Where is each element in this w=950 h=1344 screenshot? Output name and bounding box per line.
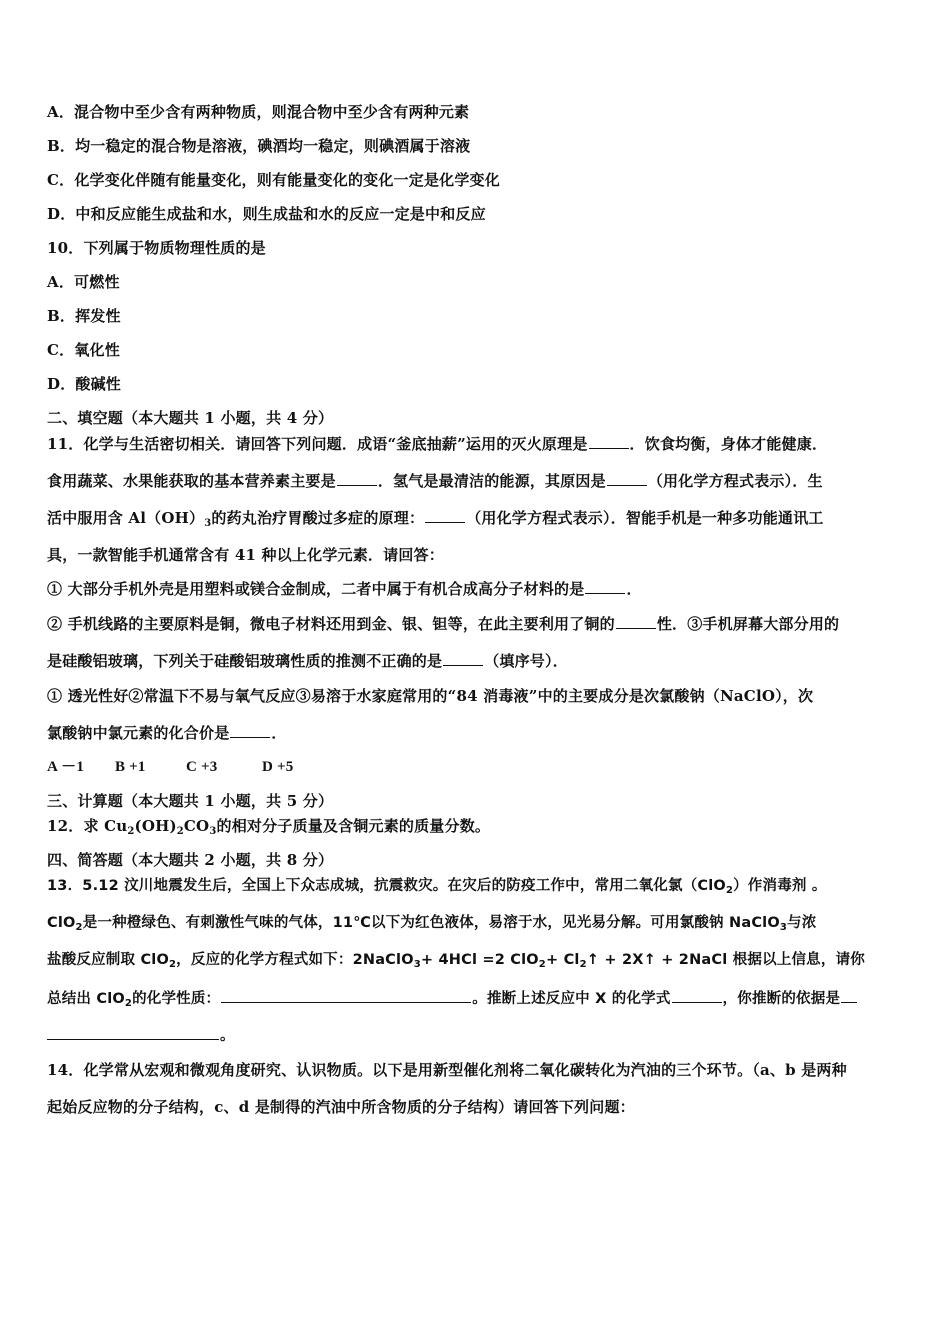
q13-line-3: 盐酸反应制取 ClO2，反应的化学方程式如下：2NaClO3+ 4HCl =2 … (47, 950, 906, 970)
q11-text: ． (626, 580, 641, 598)
answer-blank (337, 471, 377, 486)
subscript: 2 (580, 959, 587, 970)
q10-option-a: A．可燃性 (47, 272, 906, 292)
answer-blank (616, 614, 656, 629)
q14-line-1: 14．化学常从宏观和微观角度研究、认识物质。以下是用新型催化剂将二氧化碳转化为汽… (47, 1060, 906, 1080)
q9-option-d: D．中和反应能生成盐和水，则生成盐和水的反应一定是中和反应 (47, 204, 906, 224)
q11-line-3: 活中服用含 Al（OH）3的药丸治疗胃酸过多症的原理：（用化学方程式表示）．智能… (47, 508, 906, 528)
q11-text: 性．③手机屏幕大部分用的 (657, 615, 839, 633)
q13-text: 。推断上述反应中 X 的化学式 (472, 991, 670, 1007)
answer-blank (230, 723, 270, 738)
q11-text: （用化学方程式表示）．生 (648, 472, 823, 490)
q11-line-4: 具，一款智能手机通常含有 41 种以上化学元素．请回答： (47, 545, 906, 565)
q13-text: + 4HCl =2 ClO (421, 952, 539, 968)
q13-text: 总结出 ClO (47, 991, 125, 1007)
answer-blank (841, 988, 857, 1003)
section-3-title: 三、计算题（本大题共 1 小题，共 5 分） (47, 791, 906, 811)
q11-line-7: 是硅酸铝玻璃，下列关于硅酸铝玻璃性质的推测不正确的是（填序号）． (47, 651, 906, 671)
q13-text: 。 (220, 1028, 235, 1044)
q12-text: 的相对分子质量及含铜元素的质量分数。 (217, 817, 491, 835)
choice-a: A －1 (47, 757, 115, 777)
q11-text: ② 手机线路的主要原料是铜，微电子材料还用到金、银、钽等，在此主要利用了铜的 (47, 615, 615, 633)
q10-stem: 10．下列属于物质物理性质的是 (47, 238, 906, 258)
q13-line-4: 总结出 ClO2的化学性质：。推断上述反应中 X 的化学式，你推断的依据是 (47, 988, 906, 1009)
q11-text: 的药丸治疗胃酸过多症的原理： (211, 509, 424, 527)
answer-blank (585, 579, 625, 594)
exam-page: A．混合物中至少含有两种物质，则混合物中至少含有两种元素 B．均一稳定的混合物是… (0, 0, 950, 1344)
q11-text: ． (271, 724, 286, 742)
q13-text: ）作消毒剂 。 (733, 878, 826, 894)
section-4-title: 四、简答题（本大题共 2 小题，共 8 分） (47, 850, 906, 870)
q12-stem: 12．求 Cu2(OH)2CO3的相对分子质量及含铜元素的质量分数。 (47, 816, 906, 836)
answer-blank (607, 471, 647, 486)
choice-d: D +5 (262, 757, 293, 777)
section-2-title: 二、填空题（本大题共 1 小题，共 4 分） (47, 408, 906, 428)
q13-text: 盐酸反应制取 ClO (47, 952, 169, 968)
subscript: 2 (177, 826, 184, 837)
choice-b: B +1 (115, 757, 186, 777)
answer-blank (443, 651, 483, 666)
q11-text: 活中服用含 Al（OH） (47, 509, 204, 527)
q11-text: 氯酸钠中氯元素的化合价是 (47, 724, 229, 742)
subscript: 3 (414, 959, 421, 970)
answer-blank (47, 1025, 219, 1040)
q10-option-d: D．酸碱性 (47, 374, 906, 394)
q13-text: ClO (47, 915, 76, 931)
q11-text: 11．化学与生活密切相关．请回答下列问题．成语“釜底抽薪”运用的灭火原理是 (47, 435, 588, 453)
q11-text: ．饮食均衡，身体才能健康． (630, 435, 828, 453)
subscript: 3 (209, 826, 216, 837)
q12-text: 12．求 Cu (47, 817, 127, 835)
answer-blank (221, 988, 471, 1003)
q11-line-2: 食用蔬菜、水果能获取的基本营养素主要是．氢气是最清洁的能源，其原因是（用化学方程… (47, 471, 906, 491)
q12-text: CO (184, 817, 209, 835)
subscript: 2 (76, 922, 83, 933)
q13-text: ↑ + 2X↑ + 2NaCl 根据以上信息，请你 (587, 952, 865, 968)
q10-option-c: C．氧化性 (47, 340, 906, 360)
q13-text: 的化学性质： (132, 991, 220, 1007)
q12-text: (OH) (135, 817, 177, 835)
answer-blank (425, 508, 465, 523)
choice-c: C +3 (186, 757, 262, 777)
q11-text: ① 大部分手机外壳是用塑料或镁合金制成，二者中属于有机合成高分子材料的是 (47, 580, 584, 598)
q13-text: 是一种橙绿色、有刺激性气味的气体，11℃以下为红色液体，易溶于水，见光易分解。可… (83, 915, 780, 931)
q11-text: ．氢气是最清洁的能源，其原因是 (378, 472, 606, 490)
q13-line-1: 13．5.12 汶川地震发生后，全国上下众志成城，抗震救灾。在灾后的防疫工作中，… (47, 876, 906, 896)
q11-line-1: 11．化学与生活密切相关．请回答下列问题．成语“釜底抽薪”运用的灭火原理是．饮食… (47, 434, 906, 454)
q9-option-c: C．化学变化伴随有能量变化，则有能量变化的变化一定是化学变化 (47, 170, 906, 190)
q11-text: （填序号）． (484, 652, 568, 670)
q11-line-8: ① 透光性好②常温下不易与氧气反应③易溶于水家庭常用的“84 消毒液”中的主要成… (47, 686, 906, 706)
q13-line-2: ClO2是一种橙绿色、有刺激性气味的气体，11℃以下为红色液体，易溶于水，见光易… (47, 913, 906, 933)
subscript: 2 (125, 998, 132, 1009)
q11-text: （用化学方程式表示）．智能手机是一种多功能通讯工 (466, 509, 823, 527)
subscript: 3 (780, 922, 787, 933)
q11-line-6: ② 手机线路的主要原料是铜，微电子材料还用到金、银、钽等，在此主要利用了铜的性．… (47, 614, 906, 634)
q10-option-b: B．挥发性 (47, 306, 906, 326)
q13-text: ，反应的化学方程式如下：2NaClO (176, 952, 414, 968)
q13-text: ，你推断的依据是 (723, 991, 841, 1007)
q9-option-b: B．均一稳定的混合物是溶液，碘酒均一稳定，则碘酒属于溶液 (47, 136, 906, 156)
q9-option-a: A．混合物中至少含有两种物质，则混合物中至少含有两种元素 (47, 102, 906, 122)
q11-line-5: ① 大部分手机外壳是用塑料或镁合金制成，二者中属于有机合成高分子材料的是． (47, 579, 906, 599)
q11-line-9: 氯酸钠中氯元素的化合价是． (47, 723, 906, 743)
subscript: 2 (127, 826, 134, 837)
q13-text: + Cl (546, 952, 580, 968)
q11-choices: A －1B +1C +3D +5 (47, 757, 906, 777)
subscript: 2 (539, 959, 546, 970)
q14-line-2: 起始反应物的分子结构，c、d 是制得的汽油中所含物质的分子结构）请回答下列问题： (47, 1097, 906, 1117)
q11-text: 是硅酸铝玻璃，下列关于硅酸铝玻璃性质的推测不正确的是 (47, 652, 442, 670)
q13-text: 与浓 (787, 915, 816, 931)
q13-text: 13．5.12 汶川地震发生后，全国上下众志成城，抗震救灾。在灾后的防疫工作中，… (47, 878, 726, 894)
q11-text: 食用蔬菜、水果能获取的基本营养素主要是 (47, 472, 336, 490)
answer-blank (589, 434, 629, 449)
answer-blank (672, 988, 722, 1003)
q13-line-5: 。 (47, 1025, 906, 1046)
